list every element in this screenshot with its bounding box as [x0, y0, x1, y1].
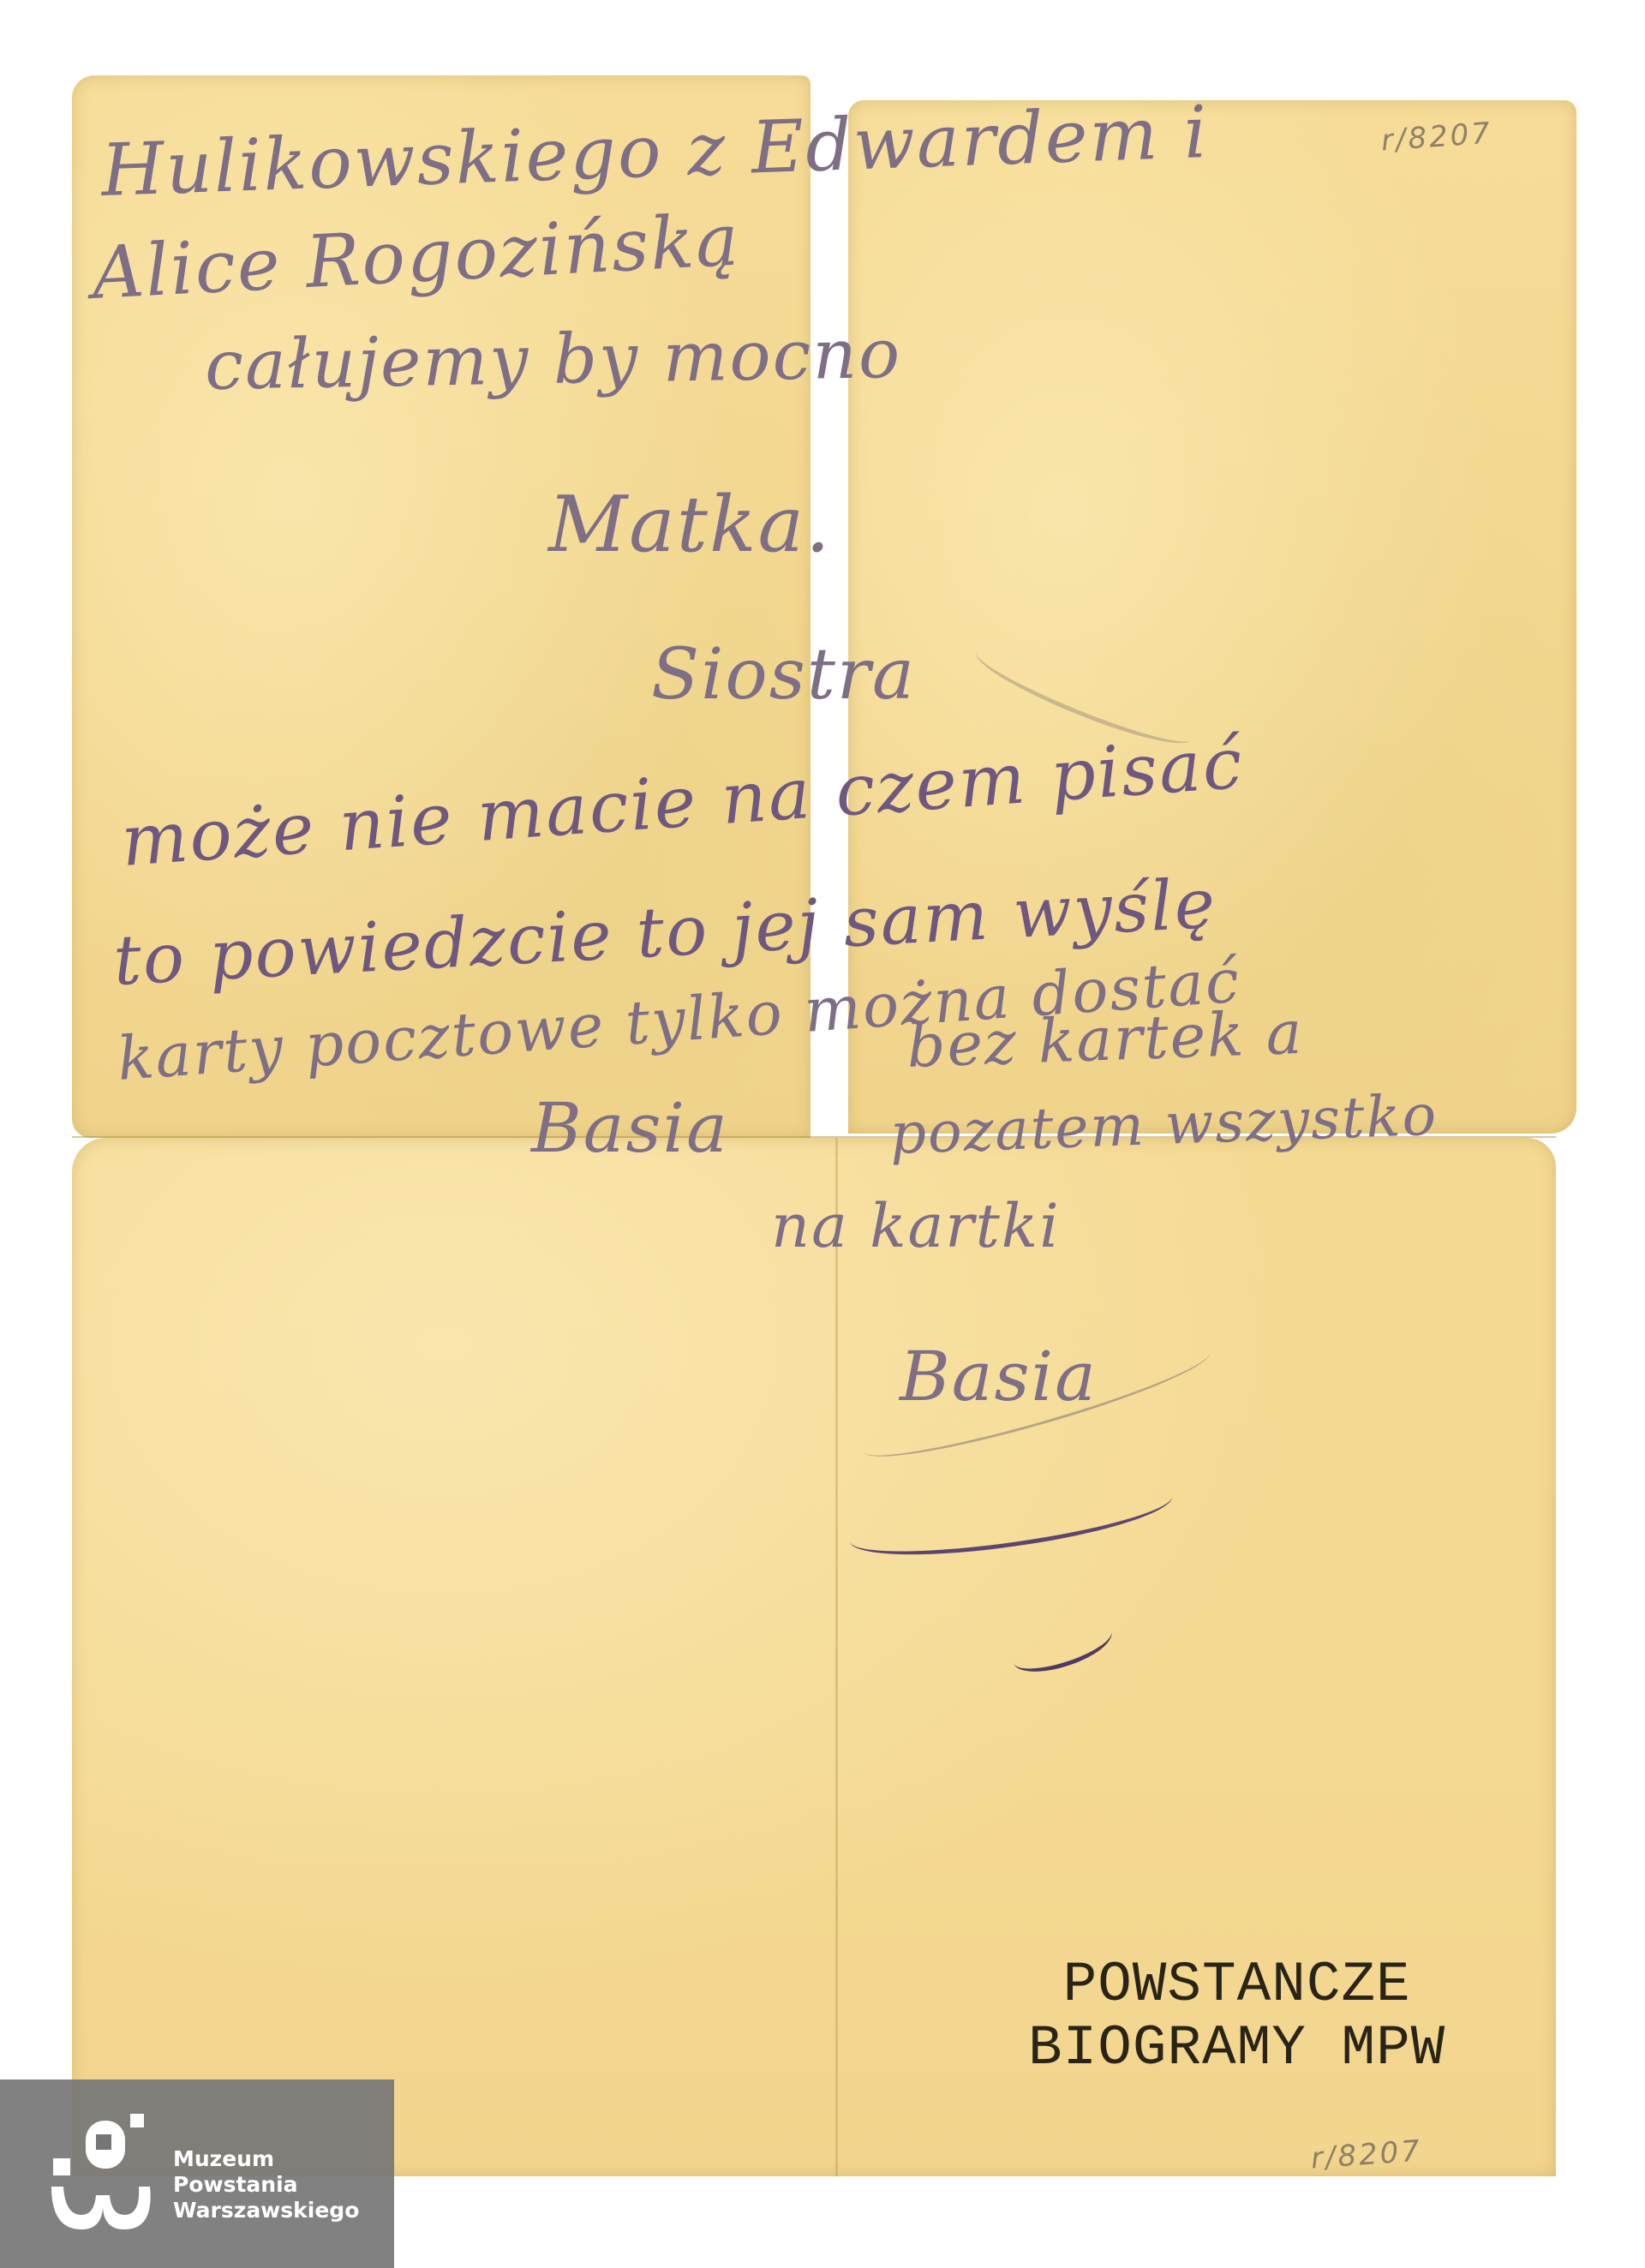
handwritten-line: całujemy by mocno [204, 314, 901, 405]
stamp-line-2: BIOGRAMY MPW [1028, 2017, 1445, 2080]
handwritten-line: na kartki [771, 1191, 1061, 1261]
kotwica-anchor-icon [51, 2114, 154, 2234]
archive-stamp: POWSTANCZE BIOGRAMY MPW [1028, 1954, 1445, 2080]
handwritten-line: bez kartek a [906, 997, 1305, 1081]
museum-watermark: Muzeum Powstania Warszawskiego [0, 2079, 394, 2268]
handwritten-line: Matka. [548, 480, 832, 570]
fold-line-vertical [835, 1138, 838, 2176]
watermark-line-3: Warszawskiego [173, 2198, 359, 2223]
watermark-line-1: Muzeum [173, 2146, 359, 2172]
watermark-line-2: Powstania [173, 2172, 359, 2198]
handwritten-signature: Basia [531, 1088, 729, 1168]
handwritten-line: Siostra [651, 634, 916, 715]
stamp-line-1: POWSTANCZE [1028, 1954, 1445, 2017]
